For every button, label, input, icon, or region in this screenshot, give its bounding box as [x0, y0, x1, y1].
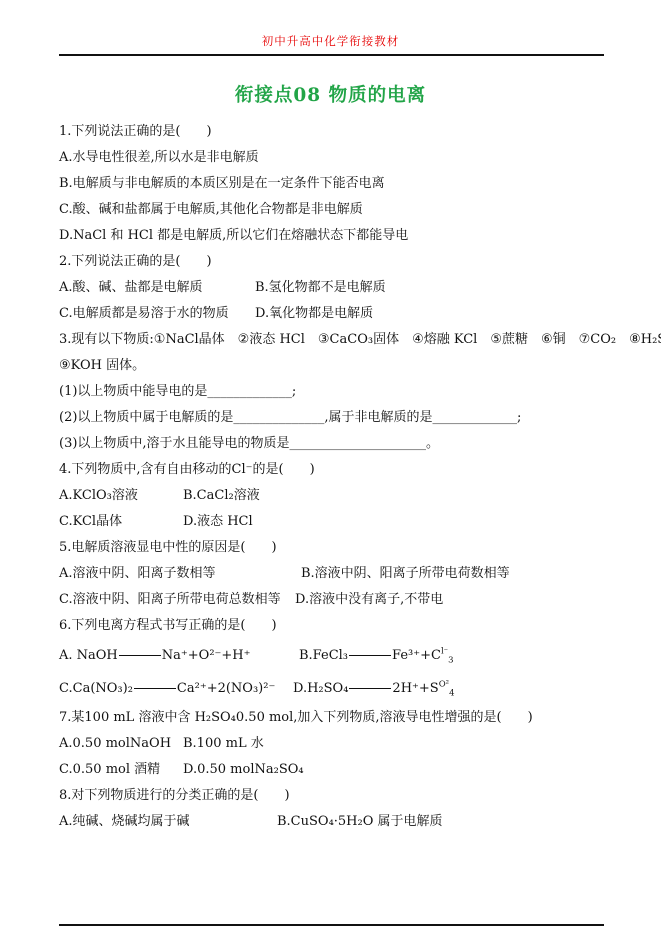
q2-option-d: D.氧化物都是电解质	[255, 306, 373, 321]
q3-stem-line-2: ⑨KOH 固体。	[59, 353, 651, 379]
q7-option-b: B.100 mL 水	[183, 736, 264, 751]
q6-options-row-2: C.Ca(NO₃)₂Ca²⁺+2(NO₃)²⁻D.H₂SO₄2H⁺+SO²4	[59, 672, 651, 705]
q5-options-row-1: A.溶液中阴、阳离子数相等B.溶液中阴、阳离子所带电荷数相等	[59, 561, 651, 587]
q2-stem: 2.下列说法正确的是( )	[59, 249, 651, 275]
q5-option-a: A.溶液中阴、阳离子数相等	[59, 561, 301, 587]
q6-option-b: B.FeCl₃Fe³⁺+Cl⁻3	[299, 648, 454, 663]
q6-a-right: Na⁺+O²⁻+H⁺	[162, 648, 251, 663]
header-rule	[59, 54, 604, 56]
q8-options-row-1: A.纯碱、烧碱均属于碱B.CuSO₄·5H₂O 属于电解质	[59, 809, 651, 835]
q6-b-subscript: 3	[448, 656, 453, 666]
q2-options-row-1: A.酸、碱、盐都是电解质B.氢化物都不是电解质	[59, 275, 651, 301]
q8-option-b: B.CuSO₄·5H₂O 属于电解质	[277, 814, 443, 829]
q4-stem: 4.下列物质中,含有自由移动的Cl⁻的是( )	[59, 457, 651, 483]
q8-option-a: A.纯碱、烧碱均属于碱	[59, 809, 277, 835]
q2-options-row-2: C.电解质都是易溶于水的物质D.氧化物都是电解质	[59, 301, 651, 327]
q3-blank-part-1: (1)以上物质中能导电的是_____________;	[59, 379, 651, 405]
q6-option-c: C.Ca(NO₃)₂Ca²⁺+2(NO₃)²⁻	[59, 672, 293, 705]
q7-options-row-2: C.0.50 mol 酒精D.0.50 molNa₂SO₄	[59, 757, 651, 783]
q6-d-right: 2H⁺+S	[392, 681, 438, 696]
q8-stem: 8.对下列物质进行的分类正确的是( )	[59, 783, 651, 809]
equation-line	[349, 655, 391, 656]
q6-c-left: C.Ca(NO₃)₂	[59, 681, 133, 696]
document-header: 初中升高中化学衔接教材	[0, 0, 661, 56]
q5-option-c: C.溶液中阴、阳离子所带电荷总数相等	[59, 587, 295, 613]
q1-option-d: D.NaCl 和 HCl 都是电解质,所以它们在熔融状态下都能导电	[59, 223, 651, 249]
q6-c-right: Ca²⁺+2(NO₃)²⁻	[177, 681, 275, 696]
q4-options-row-1: A.KClO₃溶液B.CaCl₂溶液	[59, 483, 651, 509]
q6-d-left: D.H₂SO₄	[293, 681, 348, 696]
equation-line	[349, 688, 391, 689]
q1-option-a: A.水导电性很差,所以水是非电解质	[59, 145, 651, 171]
equation-line	[134, 688, 176, 689]
q7-option-c: C.0.50 mol 酒精	[59, 757, 183, 783]
page-title: 衔接点08 物质的电离	[0, 81, 661, 107]
equation-line	[119, 655, 161, 656]
q5-options-row-2: C.溶液中阴、阳离子所带电荷总数相等D.溶液中没有离子,不带电	[59, 587, 651, 613]
q4-options-row-2: C.KCl晶体D.液态 HCl	[59, 509, 651, 535]
q2-option-b: B.氢化物都不是电解质	[255, 280, 386, 295]
worksheet-body: 1.下列说法正确的是( ) A.水导电性很差,所以水是非电解质 B.电解质与非电…	[0, 119, 661, 835]
q6-option-d: D.H₂SO₄2H⁺+SO²4	[293, 681, 455, 696]
header-text: 初中升高中化学衔接教材	[0, 33, 661, 49]
q7-option-a: A.0.50 molNaOH	[59, 731, 183, 757]
q5-option-b: B.溶液中阴、阳离子所带电荷数相等	[301, 566, 510, 581]
q6-d-subscript: 4	[449, 689, 454, 699]
q7-option-d: D.0.50 molNa₂SO₄	[183, 762, 304, 777]
q7-options-row-1: A.0.50 molNaOHB.100 mL 水	[59, 731, 651, 757]
q5-option-d: D.溶液中没有离子,不带电	[295, 592, 443, 607]
q4-option-d: D.液态 HCl	[183, 514, 253, 529]
q6-a-left: A. NaOH	[59, 648, 118, 663]
q6-options-row-1: A. NaOHNa⁺+O²⁻+H⁺B.FeCl₃Fe³⁺+Cl⁻3	[59, 639, 651, 672]
q2-option-a: A.酸、碱、盐都是电解质	[59, 275, 255, 301]
q1-option-c: C.酸、碱和盐都属于电解质,其他化合物都是非电解质	[59, 197, 651, 223]
q4-option-a: A.KClO₃溶液	[59, 483, 183, 509]
q1-option-b: B.电解质与非电解质的本质区别是在一定条件下能否电离	[59, 171, 651, 197]
q6-option-a: A. NaOHNa⁺+O²⁻+H⁺	[59, 639, 299, 672]
footer-rule	[59, 924, 604, 926]
q5-stem: 5.电解质溶液显电中性的原因是( )	[59, 535, 651, 561]
q7-stem: 7.某100 mL 溶液中含 H₂SO₄0.50 mol,加入下列物质,溶液导电…	[59, 705, 651, 731]
q2-option-c: C.电解质都是易溶于水的物质	[59, 301, 255, 327]
q6-d-superscript: O²	[439, 680, 449, 690]
q3-blank-part-2: (2)以上物质中属于电解质的是______________,属于非电解质的是__…	[59, 405, 651, 431]
q1-stem: 1.下列说法正确的是( )	[59, 119, 651, 145]
q6-stem: 6.下列电离方程式书写正确的是( )	[59, 613, 651, 639]
q3-stem-line-1: 3.现有以下物质:①NaCl晶体 ②液态 HCl ③CaCO₃固体 ④熔融 KC…	[59, 327, 651, 353]
q6-b-left: B.FeCl₃	[299, 648, 348, 663]
document-page: 初中升高中化学衔接教材 衔接点08 物质的电离 1.下列说法正确的是( ) A.…	[0, 0, 661, 935]
q4-option-b: B.CaCl₂溶液	[183, 488, 260, 503]
q4-option-c: C.KCl晶体	[59, 509, 183, 535]
q3-blank-part-3: (3)以上物质中,溶于水且能导电的物质是____________________…	[59, 431, 651, 457]
q6-b-right: Fe³⁺+C	[392, 648, 441, 663]
